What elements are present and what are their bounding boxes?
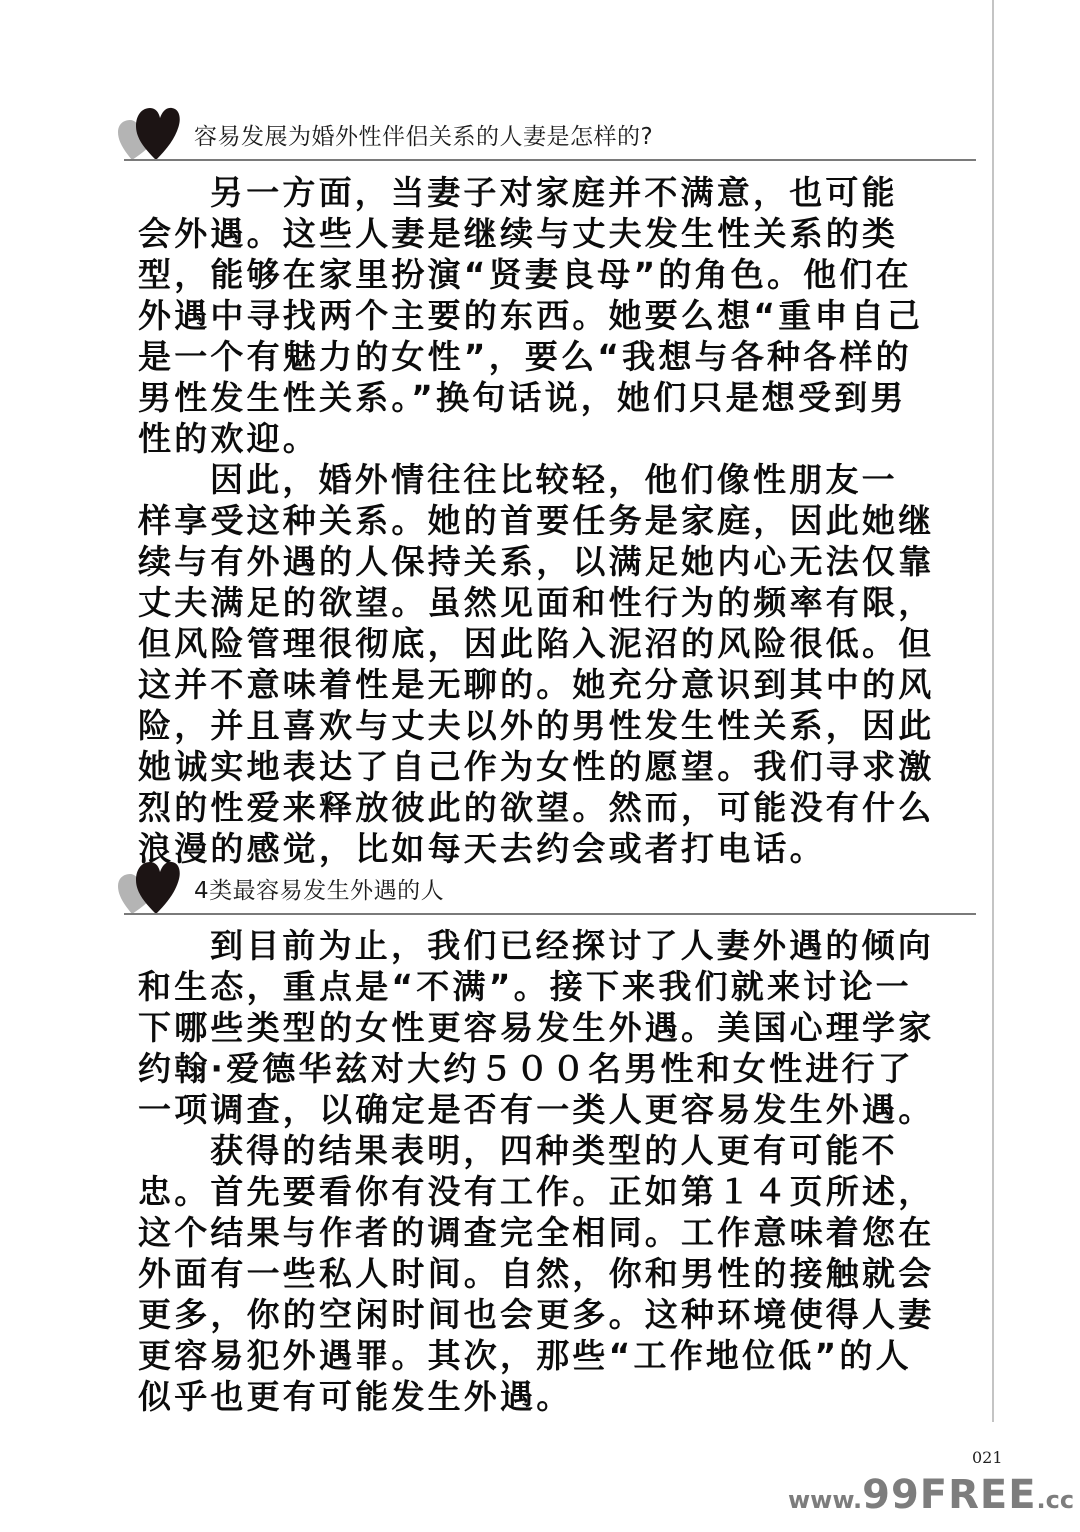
paragraph-line: 险，并且喜欢与丈夫以外的男性发生性关系，因此 <box>138 705 950 746</box>
paragraph-line: 外遇中寻找两个主要的东西。她要么想“重申自己 <box>138 295 950 336</box>
watermark: www.99FREE.cc <box>788 1472 1074 1518</box>
paragraph-line: 约翰·爱德华兹对大约５００名男性和女性进行了 <box>138 1048 950 1089</box>
paragraph-line: 性的欢迎。 <box>138 418 950 459</box>
paragraph-line: 下哪些类型的女性更容易发生外遇。美国心理学家 <box>138 1007 950 1048</box>
heading-underline-divider <box>124 913 976 915</box>
paragraph-line: 样享受这种关系。她的首要任务是家庭，因此她继 <box>138 500 950 541</box>
paragraph-line: 外面有一些私人时间。自然，你和男性的接触就会 <box>138 1253 950 1294</box>
paragraph-line: 丈夫满足的欲望。虽然见面和性行为的频率有限， <box>138 582 950 623</box>
watermark-prefix: www. <box>788 1486 862 1514</box>
watermark-suffix: .cc <box>1037 1486 1075 1514</box>
double-heart-icon <box>118 858 180 916</box>
paragraph-line: 会外遇。这些人妻是继续与丈夫发生性关系的类 <box>138 213 950 254</box>
double-heart-icon <box>118 104 180 162</box>
paragraph-line: 忠。首先要看你有没有工作。正如第１４页所述， <box>138 1171 950 1212</box>
section-2-body: 到目前为止，我们已经探讨了人妻外遇的倾向 和生态，重点是“不满”。接下来我们就来… <box>138 925 950 1417</box>
paragraph-line: 烈的性爱来释放彼此的欲望。然而，可能没有什么 <box>138 787 950 828</box>
paragraph-line: 但风险管理很彻底，因此陷入泥沼的风险很低。但 <box>138 623 950 664</box>
section-1-body: 另一方面，当妻子对家庭并不满意，也可能 会外遇。这些人妻是继续与丈夫发生性关系的… <box>138 172 950 869</box>
paragraph-line: 和生态，重点是“不满”。接下来我们就来讨论一 <box>138 966 950 1007</box>
section-heading-1: 容易发展为婚外性伴侣关系的人妻是怎样的? <box>118 104 976 162</box>
page-number: 021 <box>972 1448 1003 1467</box>
paragraph-line: 获得的结果表明，四种类型的人更有可能不 <box>138 1130 950 1171</box>
paragraph-line: 这并不意味着性是无聊的。她充分意识到其中的风 <box>138 664 950 705</box>
paragraph-line: 更多，你的空闲时间也会更多。这种环境使得人妻 <box>138 1294 950 1335</box>
paragraph-line: 似乎也更有可能发生外遇。 <box>138 1376 950 1417</box>
section-heading-2: 4类最容易发生外遇的人 <box>118 858 976 916</box>
paragraph-line: 一项调查，以确定是否有一类人更容易发生外遇。 <box>138 1089 950 1130</box>
paragraph-line: 更容易犯外遇罪。其次，那些“工作地位低”的人 <box>138 1335 950 1376</box>
paragraph-line: 男性发生性关系。”换句话说，她们只是想受到男 <box>138 377 950 418</box>
heading-underline-divider <box>124 159 976 161</box>
watermark-brand: 99FREE <box>862 1472 1036 1518</box>
section-heading-title: 容易发展为婚外性伴侣关系的人妻是怎样的? <box>194 118 653 151</box>
paragraph-line: 到目前为止，我们已经探讨了人妻外遇的倾向 <box>138 925 950 966</box>
section-heading-title: 4类最容易发生外遇的人 <box>194 872 444 905</box>
paragraph-line: 另一方面，当妻子对家庭并不满意，也可能 <box>138 172 950 213</box>
paragraph-line: 她诚实地表达了自己作为女性的愿望。我们寻求激 <box>138 746 950 787</box>
paragraph-line: 是一个有魅力的女性”，要么“我想与各种各样的 <box>138 336 950 377</box>
paragraph-line: 型，能够在家里扮演“贤妻良母”的角色。他们在 <box>138 254 950 295</box>
page-spine-divider <box>992 0 994 1422</box>
paragraph-line: 这个结果与作者的调查完全相同。工作意味着您在 <box>138 1212 950 1253</box>
paragraph-line: 因此，婚外情往往比较轻，他们像性朋友一 <box>138 459 950 500</box>
paragraph-line: 续与有外遇的人保持关系，以满足她内心无法仅靠 <box>138 541 950 582</box>
